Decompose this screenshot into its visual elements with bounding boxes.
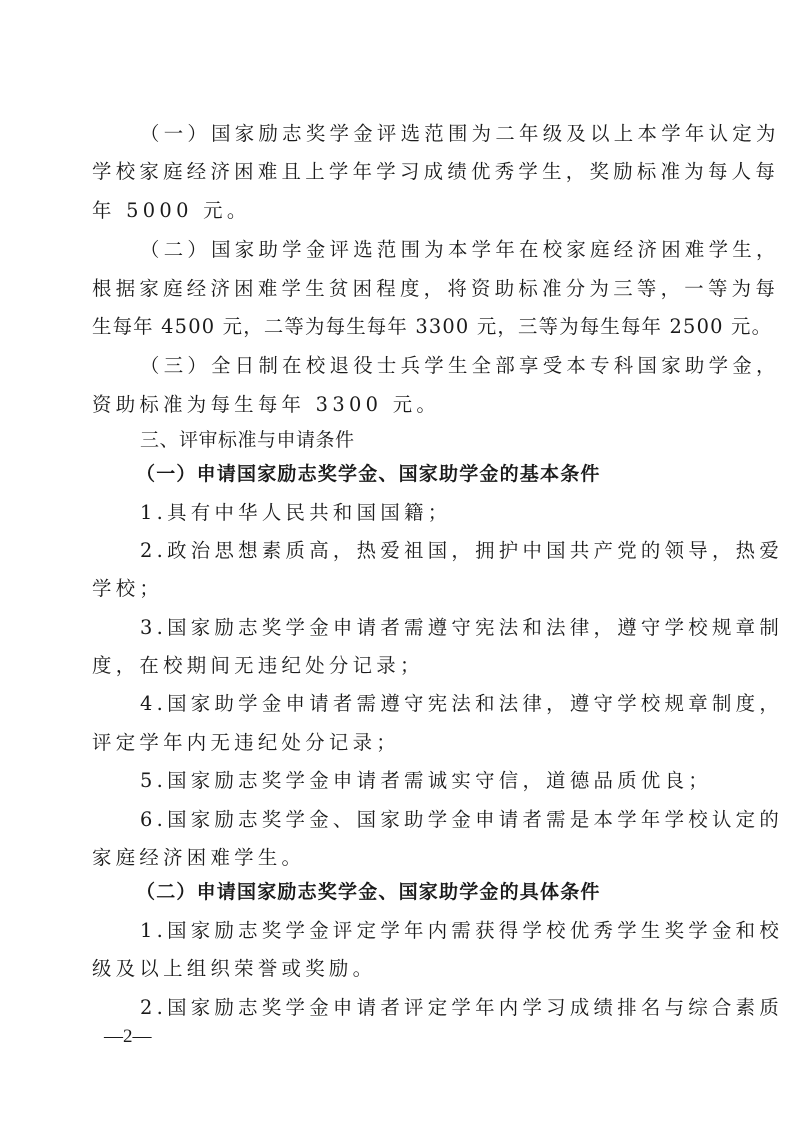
list-item-continuation: 级及以上组织荣誉或奖励。	[92, 950, 376, 988]
list-item-continuation: 评定学年内无违纪处分记录；	[92, 724, 400, 762]
paragraph-line: （一）国家励志奖学金评选范围为二年级及以上本学年认定为	[140, 115, 780, 153]
paragraph-line: 资助标准为每生每年 3300 元。	[92, 386, 440, 424]
list-item: 6.国家励志奖学金、国家助学金申请者需是本学年学校认定的	[140, 801, 783, 839]
paragraph-line: 生每年 4500 元，二等为每生每年 3300 元，三等为每生每年 2500 元…	[92, 308, 772, 346]
list-item-continuation: 度，在校期间无违纪处分记录；	[92, 647, 424, 685]
page-number: —2—	[104, 1026, 152, 1048]
list-item-continuation: 学校；	[92, 570, 163, 608]
list-item: 4.国家助学金申请者需遵守宪法和法律，遵守学校规章制度，	[140, 685, 783, 723]
list-item: 1.国家励志奖学金评定学年内需获得学校优秀学生奖学金和校	[140, 912, 783, 950]
list-item: 5.国家励志奖学金申请者需诚实守信，道德品质优良；	[140, 762, 712, 800]
list-item: 3.国家励志奖学金申请者需遵守宪法和法律，遵守学校规章制	[140, 609, 783, 647]
paragraph-line: 根据家庭经济困难学生贫困程度，将资助标准分为三等，一等为每	[92, 270, 779, 308]
list-item-continuation: 家庭经济困难学生。	[92, 839, 305, 877]
list-item: 2.政治思想素质高，热爱祖国，拥护中国共产党的领导，热爱	[140, 532, 783, 570]
subsection-heading: （一）申请国家励志奖学金、国家助学金的基本条件	[136, 455, 601, 493]
paragraph-line: 年 5000 元。	[92, 192, 251, 230]
paragraph-line: （二）国家助学金评选范围为本学年在校家庭经济困难学生，	[140, 231, 780, 269]
paragraph-line: （三）全日制在校退役士兵学生全部享受本专科国家助学金，	[140, 347, 780, 385]
subsection-heading: （二）申请国家励志奖学金、国家助学金的具体条件	[136, 873, 601, 911]
list-item: 2.国家励志奖学金申请者评定学年内学习成绩排名与综合素质	[140, 989, 783, 1027]
list-item: 1.具有中华人民共和国国籍；	[140, 494, 451, 532]
paragraph-line: 学校家庭经济困难且上学年学习成绩优秀学生，奖励标准为每人每	[92, 153, 779, 191]
section-heading: 三、评审标准与申请条件	[140, 421, 355, 459]
